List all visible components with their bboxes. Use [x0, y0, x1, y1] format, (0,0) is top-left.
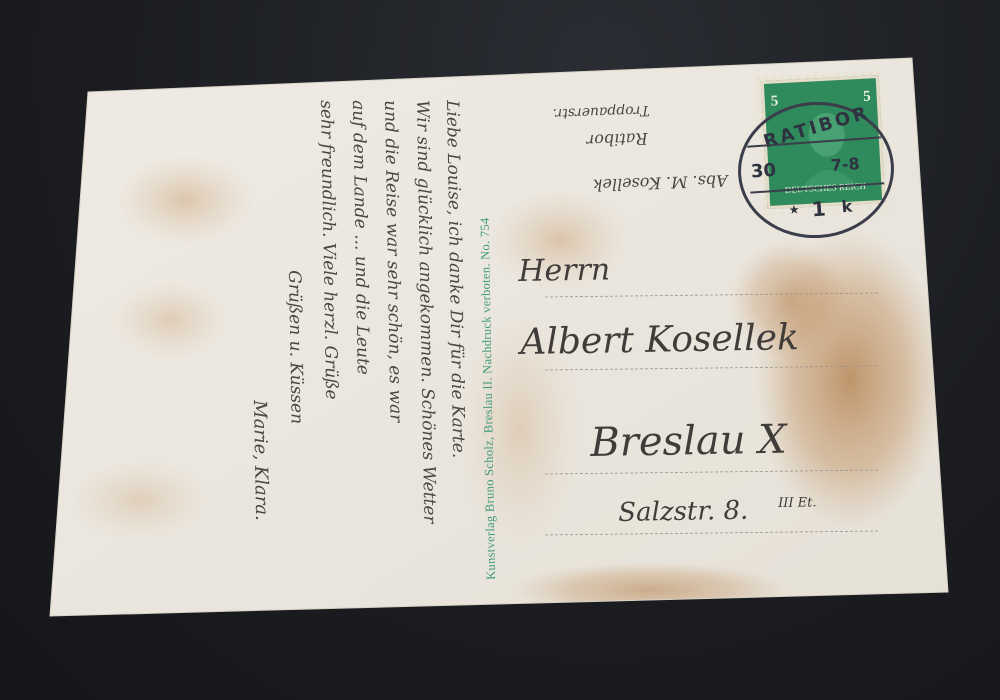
postmark-letter: k: [841, 197, 853, 217]
address-salutation: Herrn: [518, 252, 611, 289]
sender-street: Troppauerstr.: [552, 102, 650, 121]
address-floor: III Et.: [778, 495, 817, 511]
address-name: Albert Kosellek: [520, 317, 799, 363]
postmark-time: 7-8: [830, 154, 860, 175]
postmark-date: 30: [750, 160, 776, 183]
postcard: Kunstverlag Bruno Scholz, Breslau II. Na…: [0, 0, 1000, 700]
signature: Marie, Klara.: [249, 400, 272, 521]
address-street: Salzstr. 8.: [618, 496, 749, 528]
star-icon: ★: [788, 202, 800, 217]
message-line: Grüßen u. Küssen: [284, 270, 307, 424]
sender-town: Ratibor: [586, 129, 648, 150]
address-city: Breslau X: [590, 417, 787, 466]
postmark-number: 1: [811, 196, 827, 221]
